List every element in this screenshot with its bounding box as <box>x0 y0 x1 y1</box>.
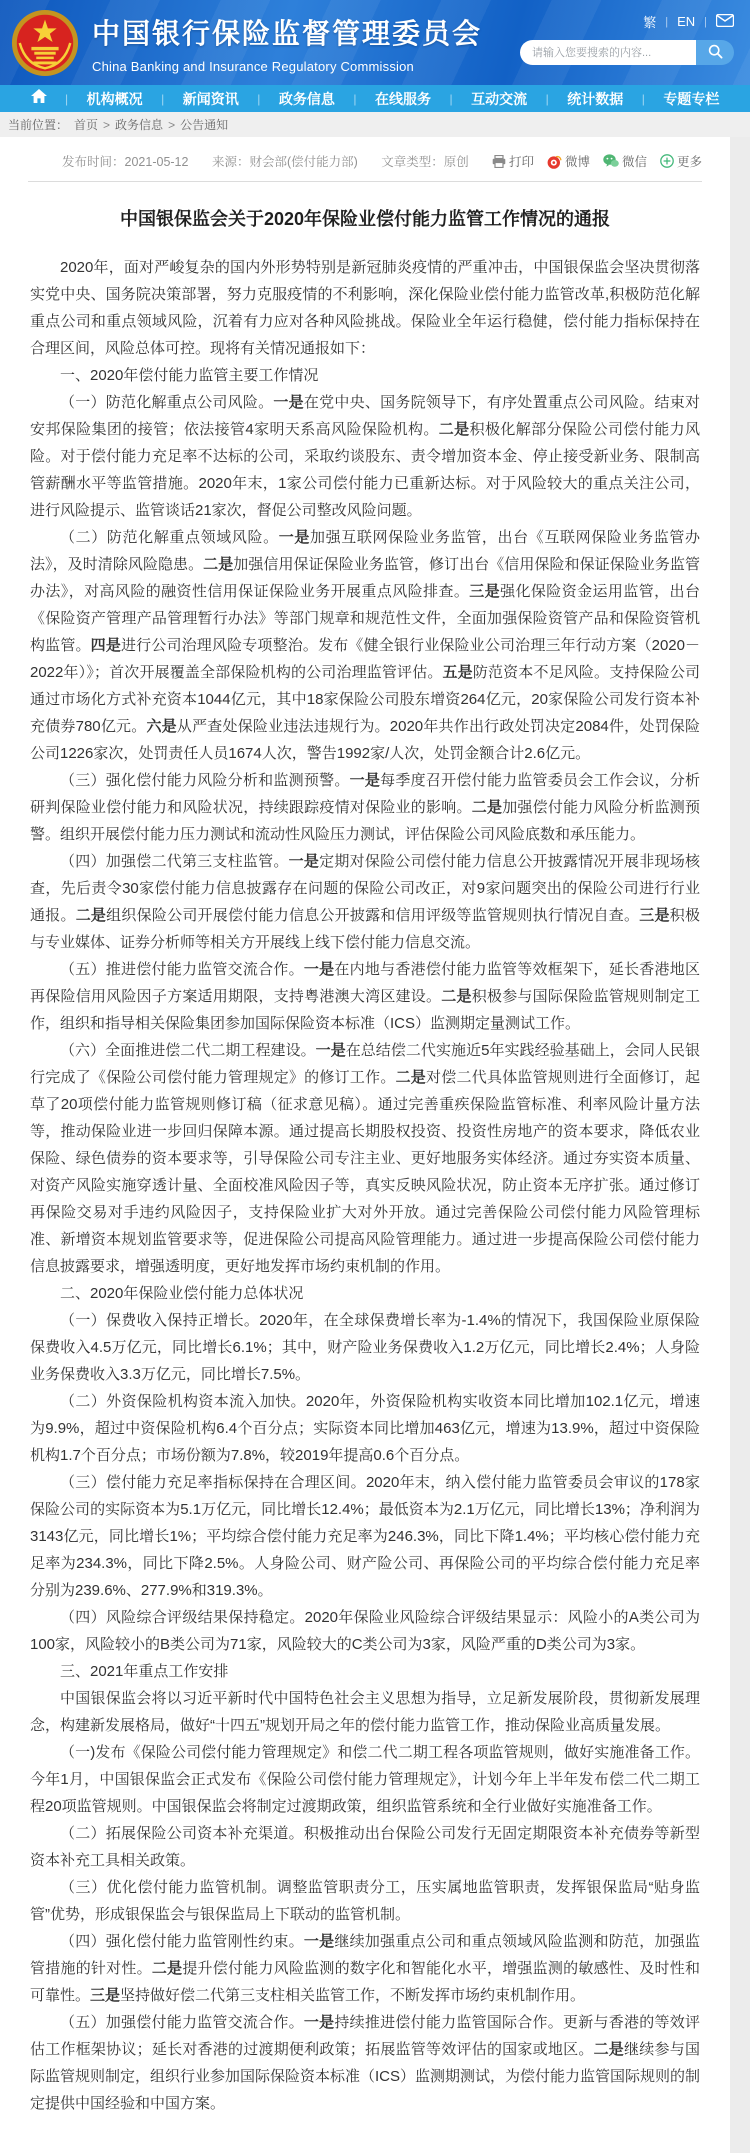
nav-separator: | <box>161 92 164 106</box>
plus-circle-icon <box>660 154 674 168</box>
article-paragraph-15: 中国银保监会将以习近平新时代中国特色社会主义思想为指导，立足新发展阶段，贯彻新发… <box>30 1685 700 1739</box>
weibo-share-button[interactable]: 微博 <box>547 152 590 170</box>
content-area: 发布时间：2021-05-12 来源：财会部(偿付能力部) 文章类型：原创 打印 <box>0 137 750 2153</box>
nav-separator: | <box>65 92 68 106</box>
divider: | <box>665 16 668 28</box>
source-field: 来源：财会部(偿付能力部) <box>212 155 358 169</box>
weibo-icon <box>547 154 562 169</box>
search-button[interactable] <box>696 40 734 65</box>
site-title-cn: 中国银行保险监督管理委员会 <box>92 12 482 52</box>
article-paragraph-3: （一）防范化解重点公司风险。一是在党中央、国务院领导下，有序处置重点公司风险。结… <box>30 389 700 524</box>
nav-item-7[interactable]: 专题专栏 <box>663 89 719 109</box>
nav-item-5[interactable]: 互动交流 <box>471 89 527 109</box>
nav-separator: | <box>642 92 645 106</box>
article-paragraph-11: （二）外资保险机构资本流入加快。2020年，外资保险机构实收资本同比增加102.… <box>30 1388 700 1469</box>
article-paragraph-18: （三）优化偿付能力监管机制。调整监管职责分工，压实属地监管职责，发挥银保监局“贴… <box>30 1874 700 1928</box>
source-value: 财会部(偿付能力部) <box>249 155 357 169</box>
breadcrumb-item-2[interactable]: 政务信息 <box>115 116 163 133</box>
nav-separator: | <box>257 92 260 106</box>
nav-item-1[interactable]: 机构概况 <box>87 89 143 109</box>
site-titles: 中国银行保险监督管理委员会 China Banking and Insuranc… <box>92 12 482 74</box>
breadcrumb-separator: > <box>103 118 110 132</box>
site-brand: 中国银行保险监督管理委员会 China Banking and Insuranc… <box>0 0 482 85</box>
nav-separator: | <box>546 92 549 106</box>
article-paragraph-9: 二、2020年保险业偿付能力总体状况 <box>30 1280 700 1307</box>
article-paragraph-14: 三、2021年重点工作安排 <box>30 1658 700 1685</box>
breadcrumb-item-1[interactable]: 首页 <box>74 116 98 133</box>
article-paragraph-13: （四）风险综合评级结果保持稳定。2020年保险业风险综合评级结果显示：风险小的A… <box>30 1604 700 1658</box>
nav-item-2[interactable]: 新闻资讯 <box>183 89 239 109</box>
header-utilities: 繁 | EN | <box>520 0 750 85</box>
article-paragraph-20: （五）加强偿付能力监管交流合作。一是持续推进偿付能力监管国际合作。更新与香港的等… <box>30 2009 700 2117</box>
lang-traditional-link[interactable]: 繁 <box>643 12 656 31</box>
search-input[interactable] <box>520 40 696 65</box>
article-paragraph-17: （二）拓展保险公司资本补充渠道。积极推动出台保险公司发行无固定期限资本补充债券等… <box>30 1820 700 1874</box>
article-type-field: 文章类型：原创 <box>381 155 469 169</box>
article-meta: 发布时间：2021-05-12 来源：财会部(偿付能力部) 文章类型：原创 打印 <box>0 137 730 181</box>
article-paragraph-2: 一、2020年偿付能力监管主要工作情况 <box>30 362 700 389</box>
article-paragraph-8: （六）全面推进偿二代二期工程建设。一是在总结偿二代实施近5年实践经验基础上，会同… <box>30 1037 700 1280</box>
nav-item-4[interactable]: 在线服务 <box>375 89 431 109</box>
meta-divider <box>28 181 702 182</box>
main-nav: |机构概况|新闻资讯|政务信息|在线服务|互动交流|统计数据|专题专栏 <box>0 85 750 112</box>
divider: | <box>704 16 707 28</box>
print-button[interactable]: 打印 <box>492 152 534 170</box>
breadcrumb: 当前位置： 首页>政务信息>公告通知 <box>0 112 750 137</box>
article-type-value: 原创 <box>444 155 469 169</box>
article-paragraph-12: （三）偿付能力充足率指标保持在合理区间。2020年末，纳入偿付能力监管委员会审议… <box>30 1469 700 1604</box>
lang-english-link[interactable]: EN <box>677 14 695 29</box>
nav-separator: | <box>450 92 453 106</box>
page: 中国银行保险监督管理委员会 China Banking and Insuranc… <box>0 0 750 2153</box>
breadcrumb-item-3[interactable]: 公告通知 <box>180 116 228 133</box>
search-icon <box>708 44 723 62</box>
language-switcher: 繁 | EN | <box>643 12 734 31</box>
article-paragraph-5: （三）强化偿付能力风险分析和监测预警。一是每季度召开偿付能力监管委员会工作会议，… <box>30 767 700 848</box>
breadcrumb-label: 当前位置： <box>8 116 68 133</box>
printer-icon <box>492 155 506 168</box>
nav-separator: | <box>353 92 356 106</box>
article-paragraph-7: （五）推进偿付能力监管交流合作。一是在内地与香港偿付能力监管等效框架下，延长香港… <box>30 956 700 1037</box>
nav-home[interactable] <box>31 89 47 108</box>
breadcrumb-separator: > <box>168 118 175 132</box>
article-paragraph-19: （四）强化偿付能力监管刚性约束。一是继续加强重点公司和重点领域风险监测和防范，加… <box>30 1928 700 2009</box>
more-share-button[interactable]: 更多 <box>660 152 702 170</box>
national-emblem-logo <box>10 8 80 78</box>
publish-date-field: 发布时间：2021-05-12 <box>62 155 188 169</box>
publish-date-value: 2021-05-12 <box>125 155 189 169</box>
meta-fields: 发布时间：2021-05-12 来源：财会部(偿付能力部) 文章类型：原创 <box>62 152 489 170</box>
home-icon <box>31 89 47 108</box>
article-paragraph-16: （一)发布《保险公司偿付能力管理规定》和偿二代二期工程各项监管规则，做好实施准备… <box>30 1739 700 1820</box>
article-title: 中国银保监会关于2020年保险业偿付能力监管工作情况的通报 <box>40 206 690 232</box>
scrollbar-track[interactable] <box>730 137 750 2153</box>
article-paragraph-1: 2020年，面对严峻复杂的国内外形势特别是新冠肺炎疫情的严重冲击，中国银保监会坚… <box>30 254 700 362</box>
article-paragraph-10: （一）保费收入保持正增长。2020年，在全球保费增长率为-1.4%的情况下，我国… <box>30 1307 700 1388</box>
nav-item-6[interactable]: 统计数据 <box>567 89 623 109</box>
article-paragraph-6: （四）加强偿二代第三支柱监管。一是定期对保险公司偿付能力信息公开披露情况开展非现… <box>30 848 700 956</box>
article-body: 2020年，面对严峻复杂的国内外形势特别是新冠肺炎疫情的严重冲击，中国银保监会坚… <box>0 254 730 2117</box>
wechat-share-button[interactable]: 微信 <box>603 152 647 170</box>
article-paragraph-4: （二）防范化解重点领域风险。一是加强互联网保险业务监管，出台《互联网保险业务监管… <box>30 524 700 767</box>
share-toolbar: 打印 微博 微信 <box>492 152 702 170</box>
site-header: 中国银行保险监督管理委员会 China Banking and Insuranc… <box>0 0 750 85</box>
mail-icon[interactable] <box>716 14 734 30</box>
site-title-en: China Banking and Insurance Regulatory C… <box>92 59 482 74</box>
wechat-icon <box>603 154 619 168</box>
article-card: 发布时间：2021-05-12 来源：财会部(偿付能力部) 文章类型：原创 打印 <box>0 137 730 2153</box>
nav-item-3[interactable]: 政务信息 <box>279 89 335 109</box>
search-box <box>520 40 734 65</box>
